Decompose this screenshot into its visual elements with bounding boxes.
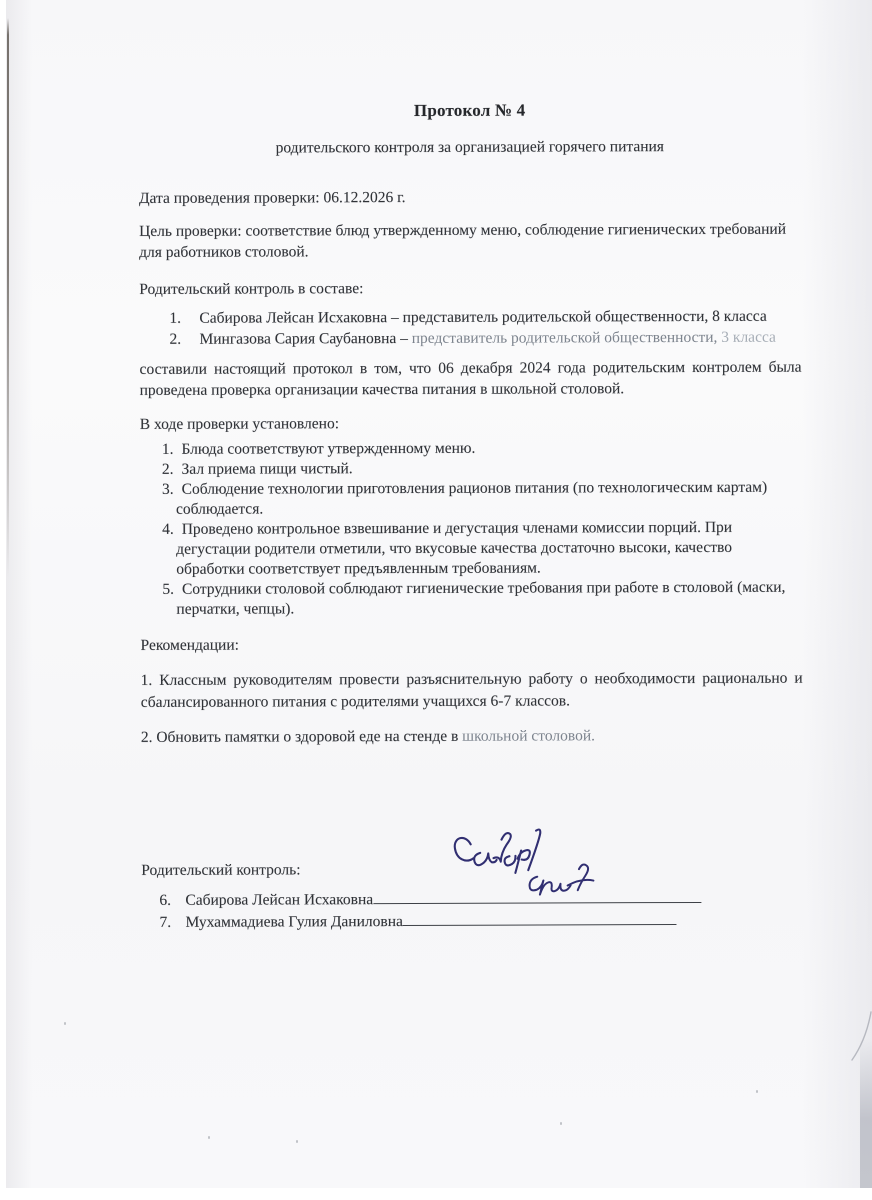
finding-text: Соблюдение технологии приготовления раци… [176, 479, 767, 518]
list-number: 7. [159, 912, 185, 934]
committee-member: 2.Мингазова Сария Саубановна – представи… [139, 327, 801, 350]
finding-item: 4.Проведено контрольное взвешивание и де… [140, 518, 802, 580]
committee-list: 1.Сабирова Лейсан Исхаковна – представит… [139, 306, 801, 350]
committee-heading: Родительский контроль в составе: [139, 277, 801, 300]
inspection-purpose: Цель проверки: соответствие блюд утвержд… [139, 219, 801, 263]
findings-heading: В ходе проверки установлено: [140, 412, 802, 435]
finding-text: Блюда соответствуют утвержденному меню. [181, 440, 475, 458]
signature-list: 6.Сабирова Лейсан Исхаковна 7.Мухаммадие… [141, 888, 803, 934]
finding-text: Проведено контрольное взвешивание и дегу… [176, 519, 732, 578]
recommendation-item: 1. Классным руководителям провести разъя… [141, 668, 803, 714]
finding-item: 5.Сотрудники столовой соблюдают гигиенич… [140, 578, 802, 620]
finding-item: 2.Зал приема пищи чистый. [140, 458, 802, 480]
list-number: 4. [162, 521, 174, 538]
finding-item: 1.Блюда соответствуют утвержденному меню… [140, 438, 802, 460]
recommendation-text-faded: школьной столовой. [462, 727, 595, 744]
inspection-date-line: Дата проведения проверки: 06.12.2026 г. [139, 186, 801, 209]
findings-list: 1.Блюда соответствуют утвержденному меню… [140, 438, 803, 620]
document-subtitle: родительского контроля за организацией г… [139, 136, 801, 159]
document-title: Протокол № 4 [139, 99, 801, 122]
signature-row: 6.Сабирова Лейсан Исхаковна [141, 888, 803, 912]
list-number: 1. [169, 308, 199, 329]
document-content: Протокол № 4 родительского контроля за о… [0, 0, 872, 1200]
list-number: 5. [162, 581, 174, 598]
signature-blank-line [403, 910, 677, 926]
committee-member-text-faded: 3 класса [721, 329, 776, 346]
finding-text: Сотрудники столовой соблюдают гигиеничес… [176, 579, 785, 618]
committee-member-text: Сабирова Лейсан Исхаковна – представител… [199, 308, 766, 327]
list-number: 1. [162, 441, 174, 458]
list-number: 2. [169, 329, 199, 350]
handwritten-signature-2 [525, 858, 618, 900]
recommendation-item: 2. Обновить памятки о здоровой еде на ст… [141, 725, 803, 748]
finding-text: Зал приема пищи чистый. [181, 460, 352, 478]
recommendations-heading: Рекомендации: [140, 633, 802, 656]
list-number: 3. [162, 481, 174, 498]
committee-member-text: Мингазова Сария Саубановна – [199, 330, 411, 348]
signer-name: Сабирова Лейсан Исхаковна [185, 889, 373, 912]
finding-item: 3.Соблюдение технологии приготовления ра… [140, 478, 802, 520]
signature-row: 7.Мухаммадиева Гулия Даниловна [141, 910, 803, 934]
list-number: 6. [159, 890, 185, 912]
recommendation-text: 2. Обновить памятки о здоровой еде на ст… [141, 728, 462, 746]
protocol-statement: составили настоящий протокол в том, что … [140, 357, 802, 401]
committee-member-text-faded: представитель родительской общественност… [412, 329, 722, 347]
list-number: 2. [162, 461, 174, 478]
committee-member: 1.Сабирова Лейсан Исхаковна – представит… [139, 306, 801, 329]
signer-name: Мухаммадиева Гулия Даниловна [185, 911, 402, 934]
scanned-protocol-page: Протокол № 4 родительского контроля за о… [0, 0, 872, 1200]
